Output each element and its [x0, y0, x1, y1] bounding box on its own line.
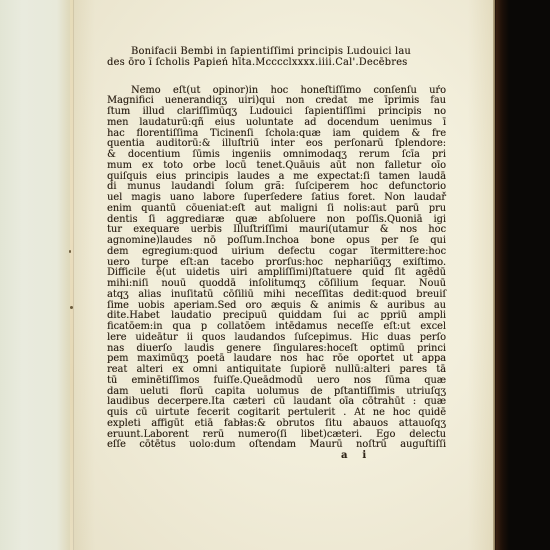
body-line: lere uideātur ii quos laudandos ſuſcepim…	[107, 333, 446, 344]
body-line: eſſe cōtētus uolo:dum oſtendam Maurū noſ…	[107, 440, 446, 451]
signature-mark: ai	[107, 451, 446, 462]
signature-letter: i	[362, 450, 366, 461]
body-line: tū eminētiſſimos fuiſſe.Queādmodū uero n…	[107, 376, 446, 387]
body-line: expleti affigūt etiā fabłas:& obrutos ſi…	[107, 419, 446, 430]
body-line: dem egregium:quod uirium defectu cogar ī…	[107, 247, 446, 258]
body-text: Nemo eſt(ut opinor)in hoc honeſtiſſimo c…	[107, 86, 446, 452]
body-line: men laudaturū:qñ eius uoluntate ad docen…	[107, 118, 446, 129]
heading: Bonifacii Bembi in ſapientiſſimi princip…	[107, 47, 446, 69]
foxing-spot	[69, 250, 71, 253]
book-page: Bonifacii Bembi in ſapientiſſimi princip…	[74, 0, 493, 550]
text-block: Bonifacii Bembi in ſapientiſſimi princip…	[107, 47, 446, 462]
heading-line: des ōro ī ſcholis Papień hīta.Mcccclxxxx…	[107, 58, 446, 69]
body-line: atqʒ alias inuſitatū cōſiliū mihi neceſſ…	[107, 290, 446, 301]
facing-page	[0, 0, 73, 550]
signature-letter: a	[341, 450, 347, 461]
book-fore-edge	[493, 0, 509, 550]
foxing-spot	[70, 306, 73, 309]
body-line: enim quantū cōueniat:eſt aut maligni ſi …	[107, 204, 446, 215]
book-photo: Bonifacii Bembi in ſapientiſſimi princip…	[0, 0, 550, 550]
body-line: mum ex toto orbe locū tenet.Quāuis aūt n…	[107, 161, 446, 172]
